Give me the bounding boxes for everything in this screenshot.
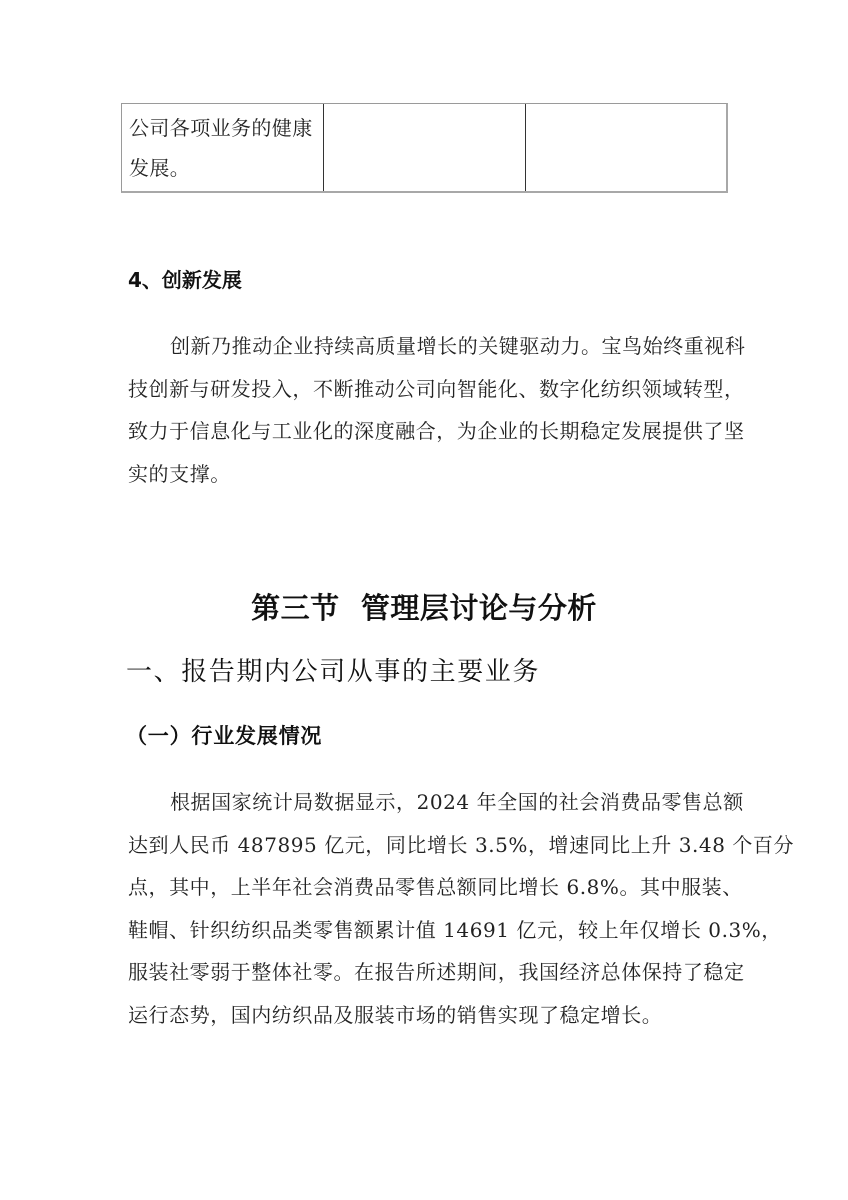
- paragraph-line: 鞋帽、针织纺织品类零售额累计值 14691 亿元，较上年仅增长 0.3%，: [128, 909, 722, 952]
- table-cell-empty: [526, 104, 726, 191]
- section-title: 第三节 管理层讨论与分析: [0, 586, 848, 630]
- table-cell-text: 公司各项业务的健康 发展。: [129, 108, 323, 188]
- document-page: 公司各项业务的健康 发展。 4、创新发展 创新乃推动企业持续高质量增长的关键驱动…: [0, 0, 848, 1200]
- innovation-paragraph: 创新乃推动企业持续高质量增长的关键驱动力。宝鸟始终重视科 技创新与研发投入，不断…: [128, 325, 722, 495]
- innovation-heading: 4、创新发展: [128, 266, 242, 294]
- table-cell-line: 发展。: [129, 148, 323, 188]
- industry-development-heading: （一）行业发展情况: [126, 719, 322, 753]
- paragraph-line: 达到人民币 487895 亿元，同比增长 3.5%，增速同比上升 3.48 个百…: [128, 824, 722, 867]
- paragraph-line: 运行态势，国内纺织品及服装市场的销售实现了稳定增长。: [128, 994, 722, 1037]
- table-fragment: 公司各项业务的健康 发展。: [121, 103, 728, 193]
- paragraph-line: 致力于信息化与工业化的深度融合，为企业的长期稳定发展提供了坚: [128, 410, 722, 453]
- paragraph-line: 创新乃推动企业持续高质量增长的关键驱动力。宝鸟始终重视科: [128, 325, 722, 368]
- paragraph-line: 服装社零弱于整体社零。在报告所述期间，我国经济总体保持了稳定: [128, 951, 722, 994]
- main-business-heading: 一、报告期内公司从事的主要业务: [126, 652, 540, 692]
- paragraph-line: 点，其中，上半年社会消费品零售总额同比增长 6.8%。其中服装、: [128, 866, 722, 909]
- table-cell-line: 公司各项业务的健康: [129, 108, 323, 148]
- paragraph-line: 技创新与研发投入，不断推动公司向智能化、数字化纺织领域转型，: [128, 368, 722, 411]
- industry-paragraph: 根据国家统计局数据显示，2024 年全国的社会消费品零售总额 达到人民币 487…: [128, 781, 722, 1037]
- table-cell: 公司各项业务的健康 发展。: [122, 104, 324, 191]
- table-cell-empty: [324, 104, 526, 191]
- paragraph-line: 根据国家统计局数据显示，2024 年全国的社会消费品零售总额: [128, 781, 722, 824]
- paragraph-line: 实的支撑。: [128, 453, 722, 496]
